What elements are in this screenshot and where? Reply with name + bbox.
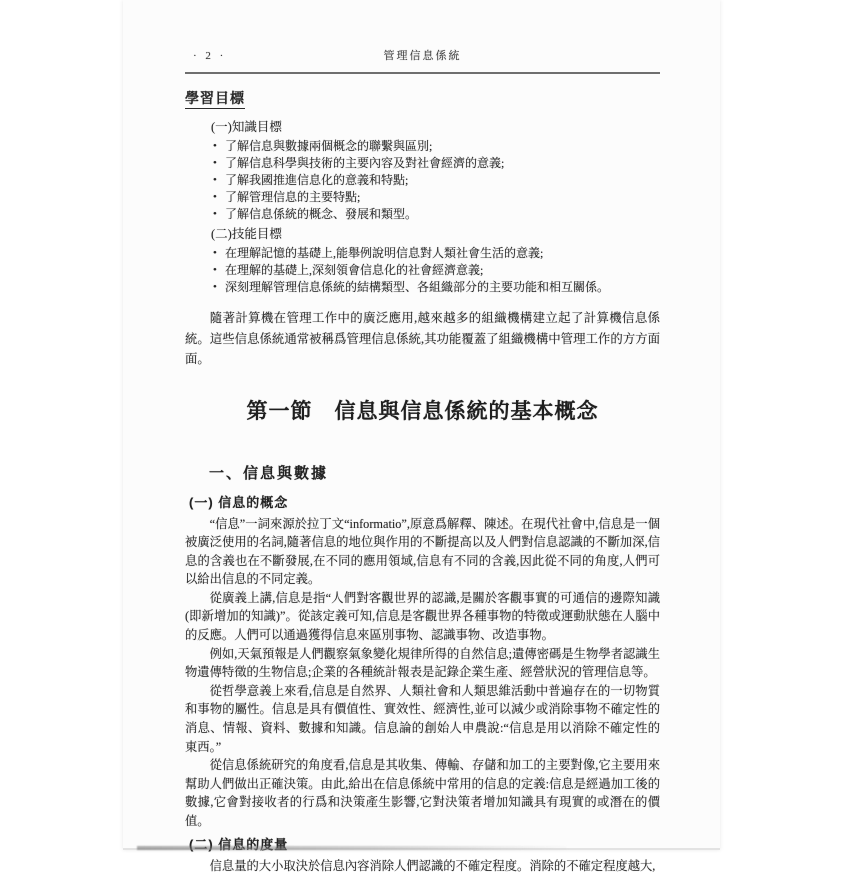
knowledge-objective-item: • 了解信息與數據兩個概念的聯繫與區別; [213,138,660,155]
objectives-title: 學習目標 [185,90,245,109]
objective-text: 深刻理解管理信息係統的結構類型、各組織部分的主要功能和相互關係。 [225,280,609,294]
skill-objective-item: • 在理解的基礎上,深刻領會信息化的社會經濟意義; [213,262,660,279]
objective-text: 了解信息係統的概念、發展和類型。 [225,207,417,221]
knowledge-objectives-label: (一)知識目標 [211,119,660,135]
bullet-icon: • [213,262,217,279]
bullet-icon: • [213,245,217,262]
page-header: · 2 · 管理信息係統 [185,48,660,64]
bullet-icon: • [213,206,217,223]
concept-heading: (一) 信息的概念 [189,494,660,511]
header-rule [185,72,660,74]
book-page: · 2 · 管理信息係統 學習目標 (一)知識目標 • 了解信息與數據兩個概念的… [123,0,720,850]
knowledge-objective-item: • 了解信息係統的概念、發展和類型。 [213,206,660,223]
objectives-section: 學習目標 [185,90,660,110]
bullet-icon: • [213,279,217,296]
skill-objective-item: • 深刻理解管理信息係統的結構類型、各組織部分的主要功能和相互關係。 [213,279,660,296]
section-title: 第一節 信息與信息係統的基本概念 [185,398,660,424]
body-paragraph: 從廣義上講,信息是指“人們對客觀世界的認識,是關於客觀事實的可通信的邊際知識(即… [185,589,660,645]
intro-paragraph: 隨著計算機在管理工作中的廣泛應用,越來越多的組織機構建立起了計算機信息係統。這些… [185,308,660,370]
skill-objective-item: • 在理解記憶的基礎上,能舉例說明信息對人類社會生活的意義; [213,245,660,262]
knowledge-objective-item: • 了解管理信息的主要特點; [213,189,660,206]
page-content: · 2 · 管理信息係統 學習目標 (一)知識目標 • 了解信息與數據兩個概念的… [185,0,660,850]
bullet-icon: • [213,138,217,155]
objective-text: 了解我國推進信息化的意義和特點; [225,173,408,187]
bullet-icon: • [213,189,217,206]
objective-text: 了解信息科學與技術的主要內容及對社會經濟的意義; [225,156,504,170]
body-paragraph: 從信息係統研究的角度看,信息是其收集、傳輸、存儲和加工的主要對像,它主要用來幫助… [185,756,660,830]
bullet-icon: • [213,172,217,189]
scan-edge-artifact [137,846,567,850]
bullet-icon: • [213,155,217,172]
body-paragraph: “信息”一詞來源於拉丁文“informatio”,原意爲解釋、陳述。在現代社會中… [185,515,660,589]
knowledge-objective-item: • 了解信息科學與技術的主要內容及對社會經濟的意義; [213,155,660,172]
objective-text: 在理解記憶的基礎上,能舉例說明信息對人類社會生活的意義; [225,246,543,260]
objective-text: 在理解的基礎上,深刻領會信息化的社會經濟意義; [225,263,483,277]
objective-text: 了解信息與數據兩個概念的聯繫與區別; [225,139,432,153]
book-title: 管理信息係統 [185,48,660,64]
body-paragraph: 例如,天氣預報是人們觀察氣象變化規律所得的自然信息;遺傳密碼是生物學者認識生物遺… [185,645,660,682]
knowledge-objective-item: • 了解我國推進信息化的意義和特點; [213,172,660,189]
skills-objectives-label: (二)技能目標 [211,226,660,242]
subsection-title: 一、信息與數據 [209,464,660,484]
body-paragraph: 從哲學意義上來看,信息是自然界、人類社會和人類思維活動中普遍存在的一切物質和事物… [185,682,660,756]
objective-text: 了解管理信息的主要特點; [225,190,360,204]
